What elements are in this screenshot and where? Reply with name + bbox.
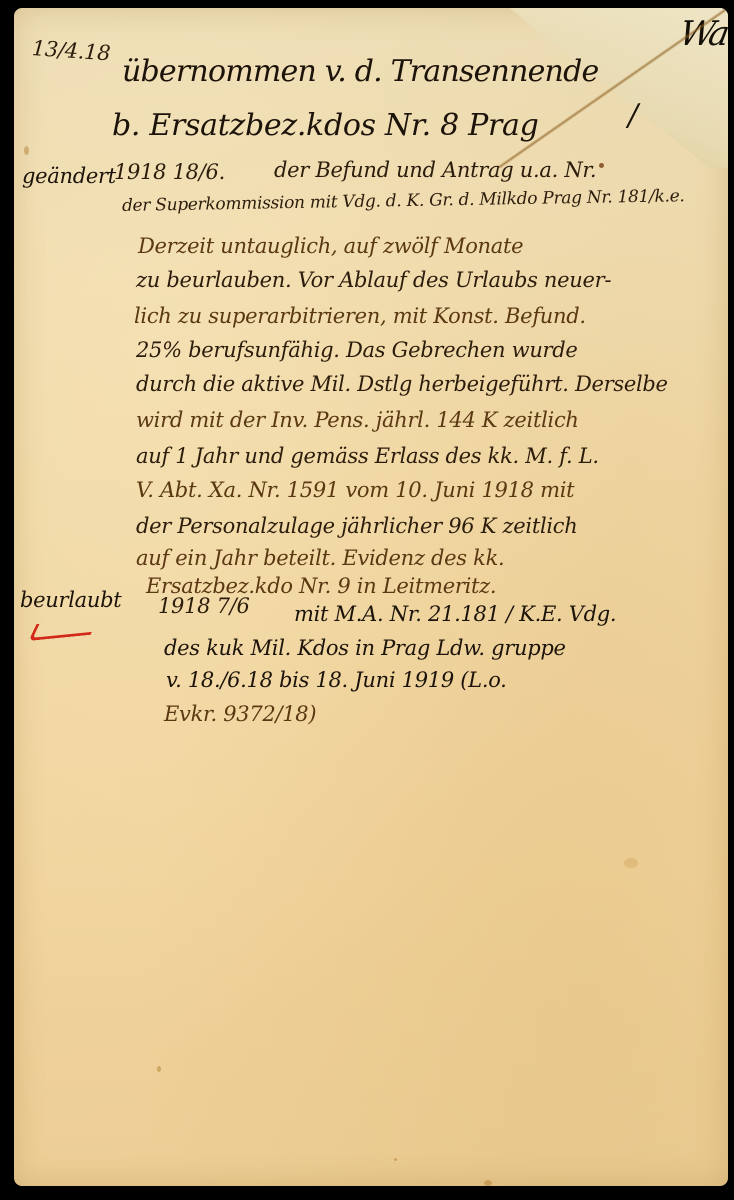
- stray-mark: /: [628, 98, 638, 133]
- red-check-mark: [28, 618, 98, 641]
- entry-line: mit M.A. Nr. 21.181 / K.E. Vdg.: [294, 602, 616, 626]
- entry-line: Derzeit untauglich, auf zwölf Monate: [138, 234, 523, 258]
- entry-date: 1918 7/6: [158, 594, 250, 618]
- entry-line: durch die aktive Mil. Dstlg herbeigeführ…: [136, 372, 668, 396]
- entry-line: Evkr. 9372/18): [164, 702, 316, 726]
- entry-line: des kuk Mil. Kdos in Prag Ldw. gruppe: [164, 636, 566, 660]
- entry-line: der Befund und Antrag u.a. Nr.: [274, 158, 596, 182]
- record-card: Wa 13/4.18 übernommen v. d. Transennende…: [14, 8, 728, 1186]
- margin-label: beurlaubt: [20, 588, 121, 612]
- entry-line: V. Abt. Xa. Nr. 1591 vom 10. Juni 1918 m…: [136, 478, 574, 502]
- entry-date: 1918 18/6.: [114, 160, 225, 184]
- entry-line: wird mit der Inv. Pens. jährl. 144 K zei…: [136, 408, 579, 432]
- document-viewer: Wa 13/4.18 übernommen v. d. Transennende…: [0, 0, 734, 1200]
- entry-line: auf ein Jahr beteilt. Evidenz des kk.: [136, 546, 504, 570]
- entry-line: b. Ersatzbez.kdos Nr. 8 Prag: [112, 108, 539, 143]
- entry-date: 13/4.18: [31, 36, 111, 65]
- entry-line: der Superkommission mit Vdg. d. K. Gr. d…: [122, 186, 685, 216]
- entry-line: auf 1 Jahr und gemäss Erlass des kk. M. …: [136, 444, 599, 468]
- paper-stain: [624, 858, 638, 868]
- entry-line: zu beurlauben. Vor Ablauf des Urlaubs ne…: [136, 268, 611, 292]
- entry-line: übernommen v. d. Transennende: [122, 54, 598, 89]
- folded-corner-text: Wa: [676, 14, 728, 54]
- entry-line: v. 18./6.18 bis 18. Juni 1919 (L.o.: [166, 668, 507, 692]
- paper-stain: [24, 146, 29, 155]
- entry-line: der Personalzulage jährlicher 96 K zeitl…: [136, 514, 577, 538]
- paper-stain: [157, 1066, 161, 1072]
- paper-stain: [599, 163, 604, 168]
- entry-line: lich zu superarbitrieren, mit Konst. Bef…: [134, 304, 586, 328]
- paper-stain: [484, 1180, 492, 1186]
- margin-label: geändert: [22, 164, 116, 188]
- entry-line: 25% berufsunfähig. Das Gebrechen wurde: [136, 338, 578, 362]
- paper-stain: [394, 1158, 397, 1161]
